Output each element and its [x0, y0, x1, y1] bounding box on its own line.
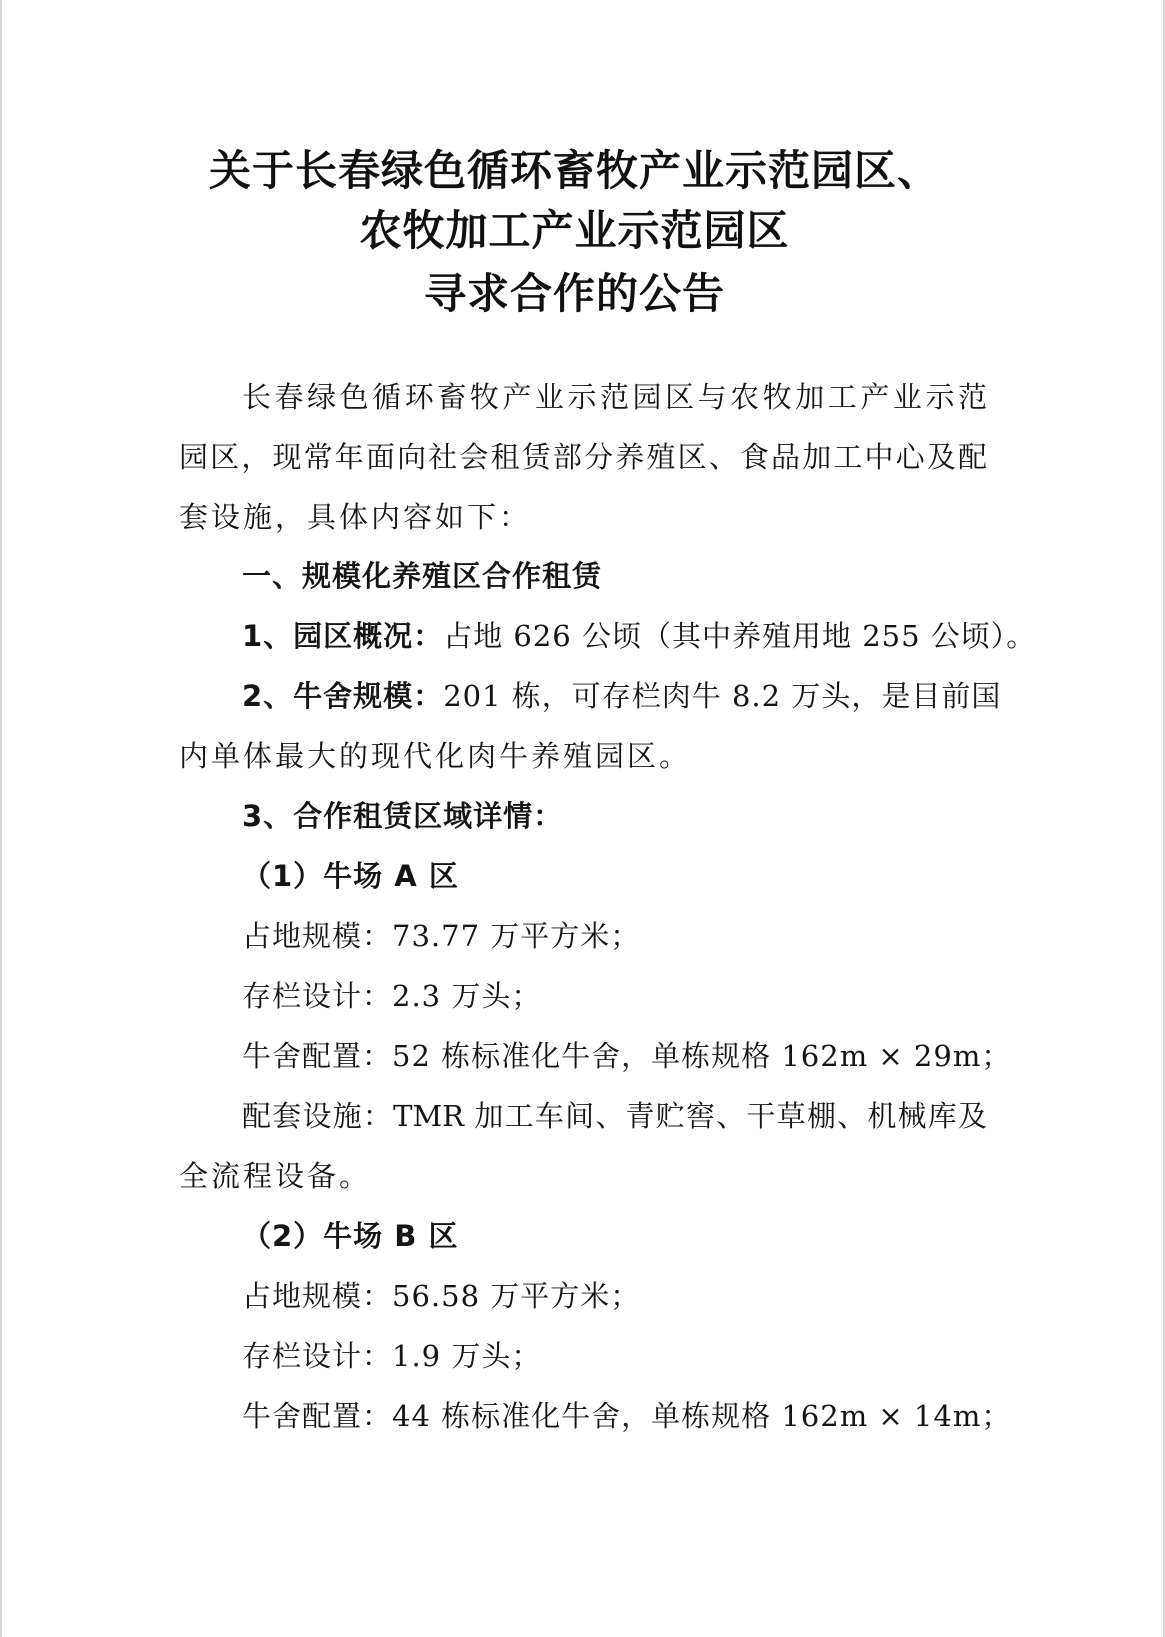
section-1-heading: 一、规模化养殖区合作租赁	[242, 562, 602, 591]
zone-b-barns: 牛舍配置：44 栋标准化牛舍，单栋规格 162m × 14m；	[242, 1402, 1011, 1431]
zone-a-facilities-continued: 全流程设备。	[179, 1162, 371, 1191]
item-1-text: 占地 626 公顷（其中养殖用地 255 公顷）。	[443, 619, 1036, 653]
item-1-label: 1、园区概况：	[242, 619, 443, 653]
item-3-label: 3、合作租赁区域详情：	[242, 802, 563, 831]
zone-b-capacity: 存栏设计：1.9 万头；	[242, 1342, 541, 1371]
title-line-2: 农牧加工产业示范园区	[0, 210, 1157, 252]
item-2-label: 2、牛舍规模：	[242, 679, 443, 713]
item-2-barn-scale: 2、牛舍规模：201 栋，可存栏肉牛 8.2 万头，是目前国	[242, 682, 1001, 711]
item-1-park-overview: 1、园区概况：占地 626 公顷（其中养殖用地 255 公顷）。	[242, 622, 1036, 651]
item-2-text: 201 栋，可存栏肉牛 8.2 万头，是目前国	[443, 679, 1001, 713]
zone-b-area: 占地规模：56.58 万平方米；	[242, 1282, 640, 1311]
zone-a-facilities: 配套设施：TMR 加工车间、青贮窖、干草棚、机械库及	[242, 1102, 987, 1131]
zone-b-heading: （2）牛场 B 区	[242, 1222, 458, 1251]
zone-a-barns: 牛舍配置：52 栋标准化牛舍，单栋规格 162m × 29m；	[242, 1042, 1011, 1071]
intro-paragraph-line-2: 园区，现常年面向社会租赁部分养殖区、食品加工中心及配	[179, 443, 987, 472]
title-line-3: 寻求合作的公告	[0, 273, 1157, 315]
document-page: 关于长春绿色循环畜牧产业示范园区、 农牧加工产业示范园区 寻求合作的公告 长春绿…	[0, 0, 1165, 1637]
zone-a-area: 占地规模：73.77 万平方米；	[242, 922, 640, 951]
intro-paragraph-line-1: 长春绿色循环畜牧产业示范园区与农牧加工产业示范	[242, 383, 987, 412]
intro-paragraph-line-3: 套设施，具体内容如下：	[179, 503, 531, 532]
zone-a-capacity: 存栏设计：2.3 万头；	[242, 982, 541, 1011]
item-2-text-continued: 内单体最大的现代化肉牛养殖园区。	[179, 742, 691, 771]
zone-a-heading: （1）牛场 A 区	[242, 862, 459, 891]
title-line-1: 关于长春绿色循环畜牧产业示范园区、	[0, 150, 1157, 192]
